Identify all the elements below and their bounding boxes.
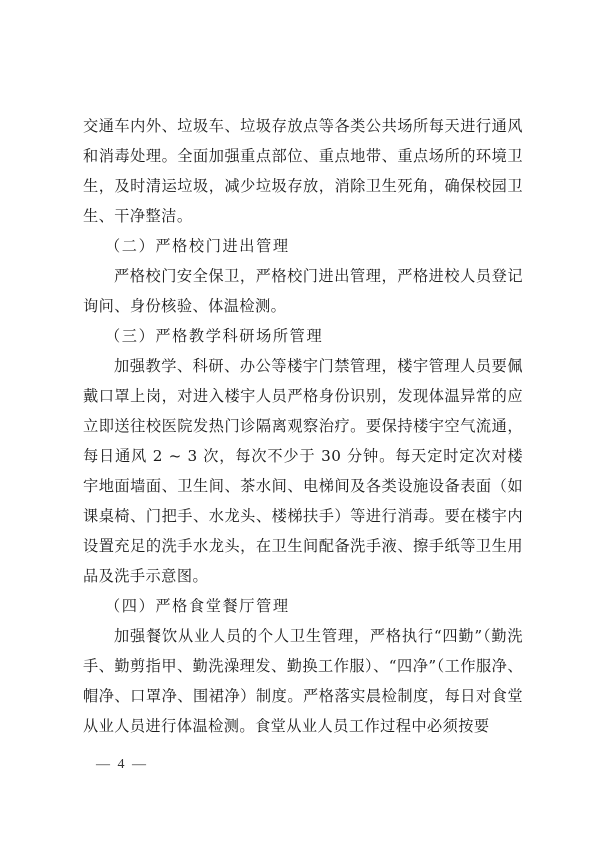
paragraph-public-places-disinfection: 交通车内外、垃圾车、垃圾存放点等各类公共场所每天进行通风和消毒处理。全面加强重点… (83, 111, 523, 231)
section-heading-teaching-research: （三）严格教学科研场所管理 (83, 321, 523, 351)
document-page: 交通车内外、垃圾车、垃圾存放点等各类公共场所每天进行通风和消毒处理。全面加强重点… (0, 0, 600, 848)
paragraph-teaching-research: 加强教学、科研、办公等楼宇门禁管理，楼宇管理人员要佩戴口罩上岗，对进入楼宇人员严… (83, 351, 523, 591)
page-number: — 4 — (96, 756, 148, 774)
paragraph-campus-gate: 严格校门安全保卫，严格校门进出管理，严格进校人员登记询问、身份核验、体温检测。 (83, 261, 523, 321)
section-heading-campus-gate: （二）严格校门进出管理 (83, 231, 523, 261)
paragraph-canteen: 加强餐饮从业人员的个人卫生管理，严格执行“四勤”（勤洗手、勤剪指甲、勤洗澡理发、… (83, 621, 523, 741)
document-body: 交通车内外、垃圾车、垃圾存放点等各类公共场所每天进行通风和消毒处理。全面加强重点… (83, 111, 523, 741)
section-heading-canteen: （四）严格食堂餐厅管理 (83, 591, 523, 621)
